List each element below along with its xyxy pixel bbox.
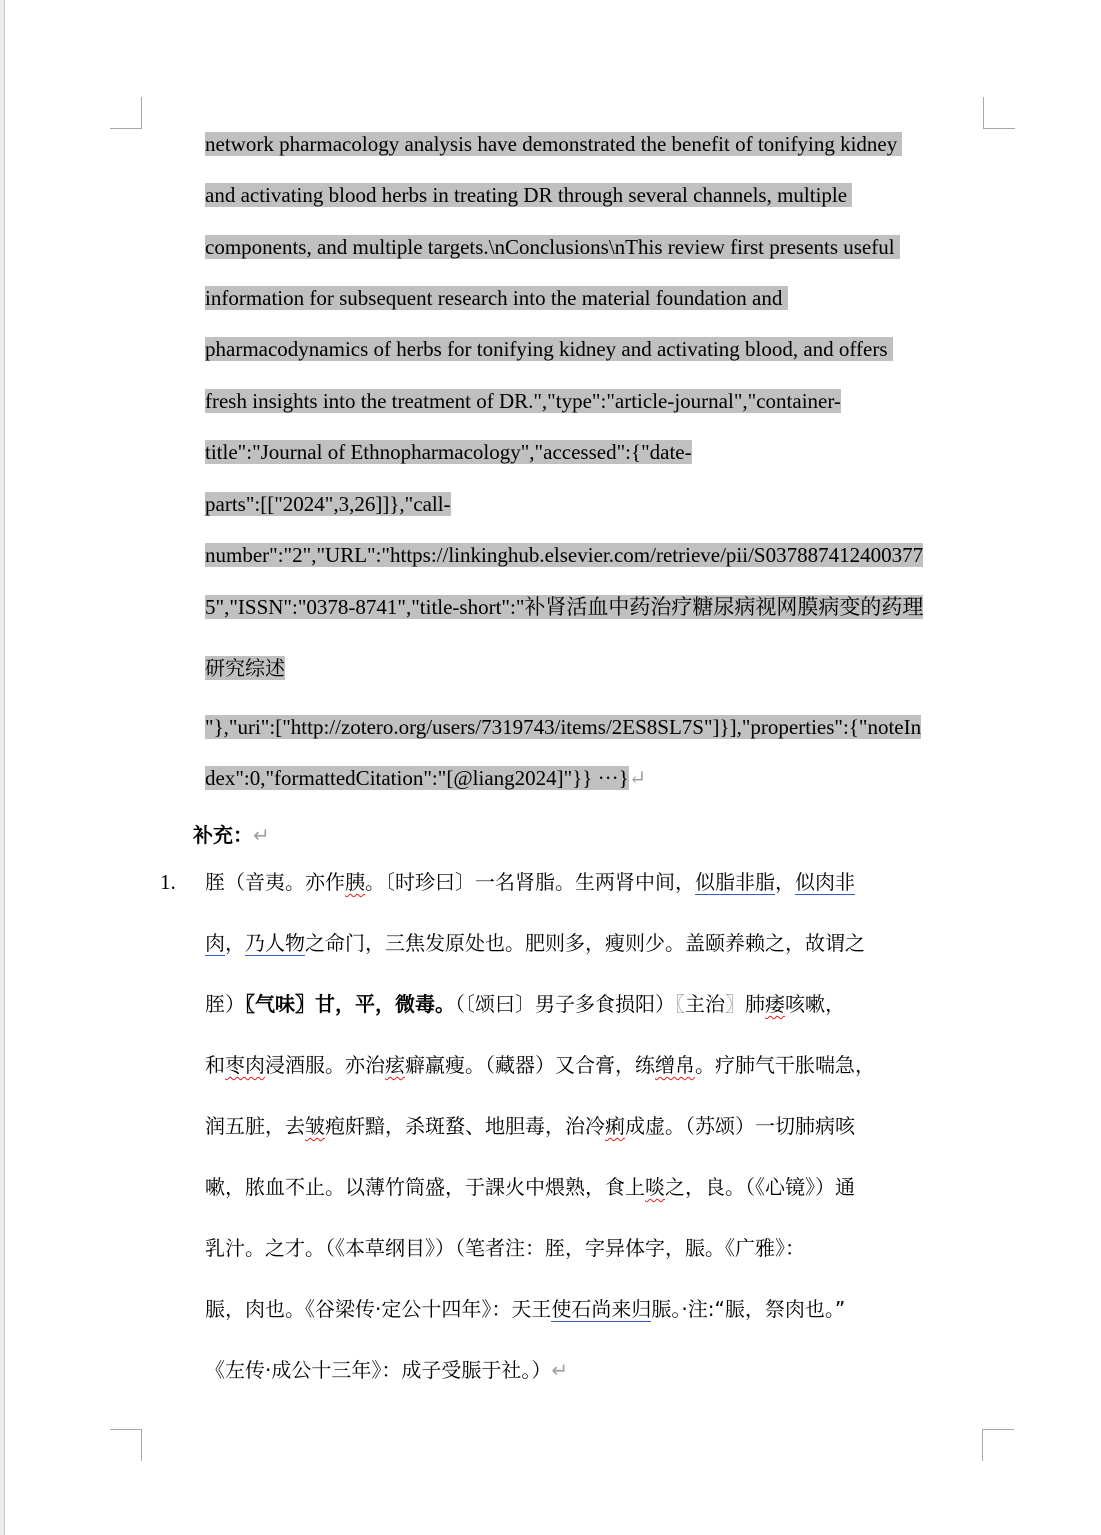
list-item-line: 胵）〖气味〗甘，平，微毒。（〔颂曰〕男子多食损阳）〖主治〗肺痿咳嗽， — [205, 991, 845, 1017]
text-run: 咳嗽， — [785, 992, 845, 1016]
margin-corner-mark-bottom-left — [110, 1429, 142, 1461]
field-code-line: information for subsequent research into… — [205, 285, 788, 311]
field-code-line: "},"uri":["http://zotero.org/users/73197… — [205, 714, 921, 740]
text-run: 之命门，三焦发原处也。肥则多，瘦则少。盖颐养赖之，故谓之 — [305, 931, 865, 955]
text-run: 胵（音夷。亦作 — [205, 870, 345, 894]
text-run: 润五脏，去 — [205, 1114, 305, 1138]
paragraph-mark-icon: ↵ — [629, 766, 647, 790]
text-run: ， — [225, 931, 245, 955]
text-run: 癖羸瘦。（藏器）又合膏，练 — [405, 1053, 655, 1077]
field-code-line: parts":[["2024",3,26]]},"call- — [205, 491, 451, 517]
spellcheck-flagged-text: 缯帛 — [655, 1053, 695, 1077]
text-run: ， — [775, 870, 795, 894]
grammar-flagged-text: 似脂非脂 — [695, 870, 775, 895]
spellcheck-flagged-text: 痢 — [605, 1114, 625, 1138]
list-item-line: 乳汁。之才。（《本草纲目》）（笔者注：胵，字异体字，脤。《广雅》： — [205, 1235, 805, 1261]
text-run: 《左传·成公十三年》：成子受脤于社。） — [205, 1358, 551, 1382]
spellcheck-flagged-text: 皱 — [305, 1114, 325, 1138]
text-run: 浸酒服。亦治 — [265, 1053, 385, 1077]
spellcheck-flagged-text: 枣肉 — [225, 1053, 265, 1077]
text-run: 乳汁。之才。（《本草纲目》）（笔者注：胵，字异体字，脤。《广雅》： — [205, 1236, 805, 1260]
list-item-line: 润五脏，去皱疱皯黯，杀斑蝥、地胆毒，治冷痢成虚。（苏颂）一切肺病咳 — [205, 1113, 855, 1139]
supplement-heading: 补充：↵ — [193, 822, 270, 848]
field-code-line: dex":0,"formattedCitation":"[@liang2024]… — [205, 765, 646, 791]
text-run: 〗 — [725, 992, 745, 1016]
field-code-line: number":"2","URL":"https://linkinghub.el… — [205, 542, 923, 568]
field-code-line: and activating blood herbs in treating D… — [205, 182, 852, 208]
paragraph-mark-icon: ↵ — [253, 823, 270, 847]
text-run: 嗽，脓血不止。以薄竹筒盛，于課火中煨熟，食上 — [205, 1175, 645, 1199]
text-run: 脤，肉也。《谷梁传·定公十四年》：天王 — [205, 1297, 551, 1321]
list-item-line: 《左传·成公十三年》：成子受脤于社。）↵ — [205, 1357, 568, 1383]
text-run: 〖 — [675, 992, 685, 1016]
grammar-flagged-text: 使石尚来归 — [551, 1297, 651, 1322]
field-code-line: fresh insights into the treatment of DR.… — [205, 388, 841, 414]
text-run: 脤。·注:“脤，祭肉也。” — [651, 1297, 845, 1321]
list-item-line: 脤，肉也。《谷梁传·定公十四年》：天王使石尚来归脤。·注:“脤，祭肉也。” — [205, 1296, 845, 1322]
field-code-line: 5","ISSN":"0378-8741","title-short":"补肾活… — [205, 594, 923, 620]
list-item-line: 嗽，脓血不止。以薄竹筒盛，于課火中煨熟，食上啖之，良。（《心镜》）通 — [205, 1174, 855, 1200]
text-run: 肺 — [745, 992, 765, 1016]
list-item-line: 胵（音夷。亦作胰。〔时珍曰〕一名肾脂。生两肾中间，似脂非脂，似肉非 — [205, 869, 855, 895]
document-page[interactable]: network pharmacology analysis have demon… — [5, 0, 1101, 1535]
grammar-flagged-text: 乃人物 — [245, 931, 305, 956]
field-code-line: 研究综述 — [205, 655, 285, 681]
text-run: （〔颂曰〕男子多食损阳） — [455, 992, 675, 1016]
text-run: 主治 — [685, 992, 725, 1016]
text-run: 〖气味〗甘，平，微毒。 — [245, 992, 455, 1016]
text-run: 。〔时珍曰〕一名肾脂。生两肾中间， — [365, 870, 695, 894]
list-item-line: 肉，乃人物之命门，三焦发原处也。肥则多，瘦则少。盖颐养赖之，故谓之 — [205, 930, 865, 956]
spellcheck-flagged-text: 痿 — [765, 992, 785, 1016]
field-code-line: pharmacodynamics of herbs for tonifying … — [205, 336, 893, 362]
list-number: 1. — [160, 869, 176, 895]
margin-corner-mark-top-left — [110, 97, 142, 129]
field-code-line: network pharmacology analysis have demon… — [205, 131, 902, 157]
grammar-flagged-text: 肉 — [205, 931, 225, 956]
grammar-flagged-text: 似肉非 — [795, 870, 855, 895]
text-run: 之，良。（《心镜》）通 — [665, 1175, 855, 1199]
spellcheck-flagged-text: 痃 — [385, 1053, 405, 1077]
field-code-line: title":"Journal of Ethnopharmacology","a… — [205, 439, 692, 465]
field-code-line: components, and multiple targets.\nConcl… — [205, 234, 900, 260]
text-run: 。疗肺气干胀喘急， — [695, 1053, 875, 1077]
spellcheck-flagged-text: 胰 — [345, 870, 365, 894]
text-run: 和 — [205, 1053, 225, 1077]
margin-corner-mark-top-right — [983, 97, 1015, 129]
margin-corner-mark-bottom-right — [982, 1429, 1014, 1461]
text-run: 成虚。（苏颂）一切肺病咳 — [625, 1114, 855, 1138]
spellcheck-flagged-text: 啖 — [645, 1175, 665, 1199]
text-run: 胵） — [205, 992, 245, 1016]
list-item-line: 和枣肉浸酒服。亦治痃癖羸瘦。（藏器）又合膏，练缯帛。疗肺气干胀喘急， — [205, 1052, 875, 1078]
text-run: 疱皯黯，杀斑蝥、地胆毒，治冷 — [325, 1114, 605, 1138]
paragraph-mark-icon: ↵ — [551, 1358, 568, 1382]
